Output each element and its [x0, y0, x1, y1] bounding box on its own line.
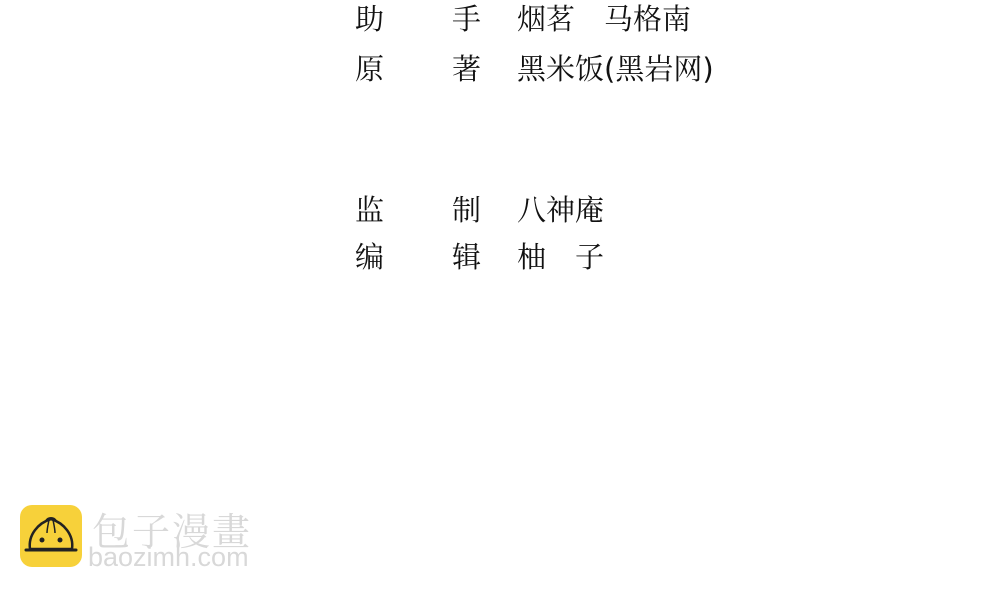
credit-name: 八神庵	[517, 193, 604, 227]
credit-name: 黑米饭(黑岩网)	[517, 52, 714, 86]
credit-role: 监	[355, 193, 384, 227]
credit-role: 助	[355, 2, 384, 36]
credit-role: 手	[452, 2, 481, 36]
credit-role: 编	[355, 240, 384, 274]
watermark: 包子漫畫 baozimh.com	[20, 505, 270, 569]
bun-logo-icon	[20, 505, 82, 567]
credit-name: 柚 子	[517, 240, 604, 274]
credit-role: 著	[452, 52, 481, 86]
credit-role: 制	[452, 193, 481, 227]
credit-name: 烟茗 马格南	[517, 2, 691, 36]
credit-role: 原	[355, 52, 384, 86]
credit-role: 辑	[452, 240, 481, 274]
watermark-domain: baozimh.com	[88, 542, 249, 573]
